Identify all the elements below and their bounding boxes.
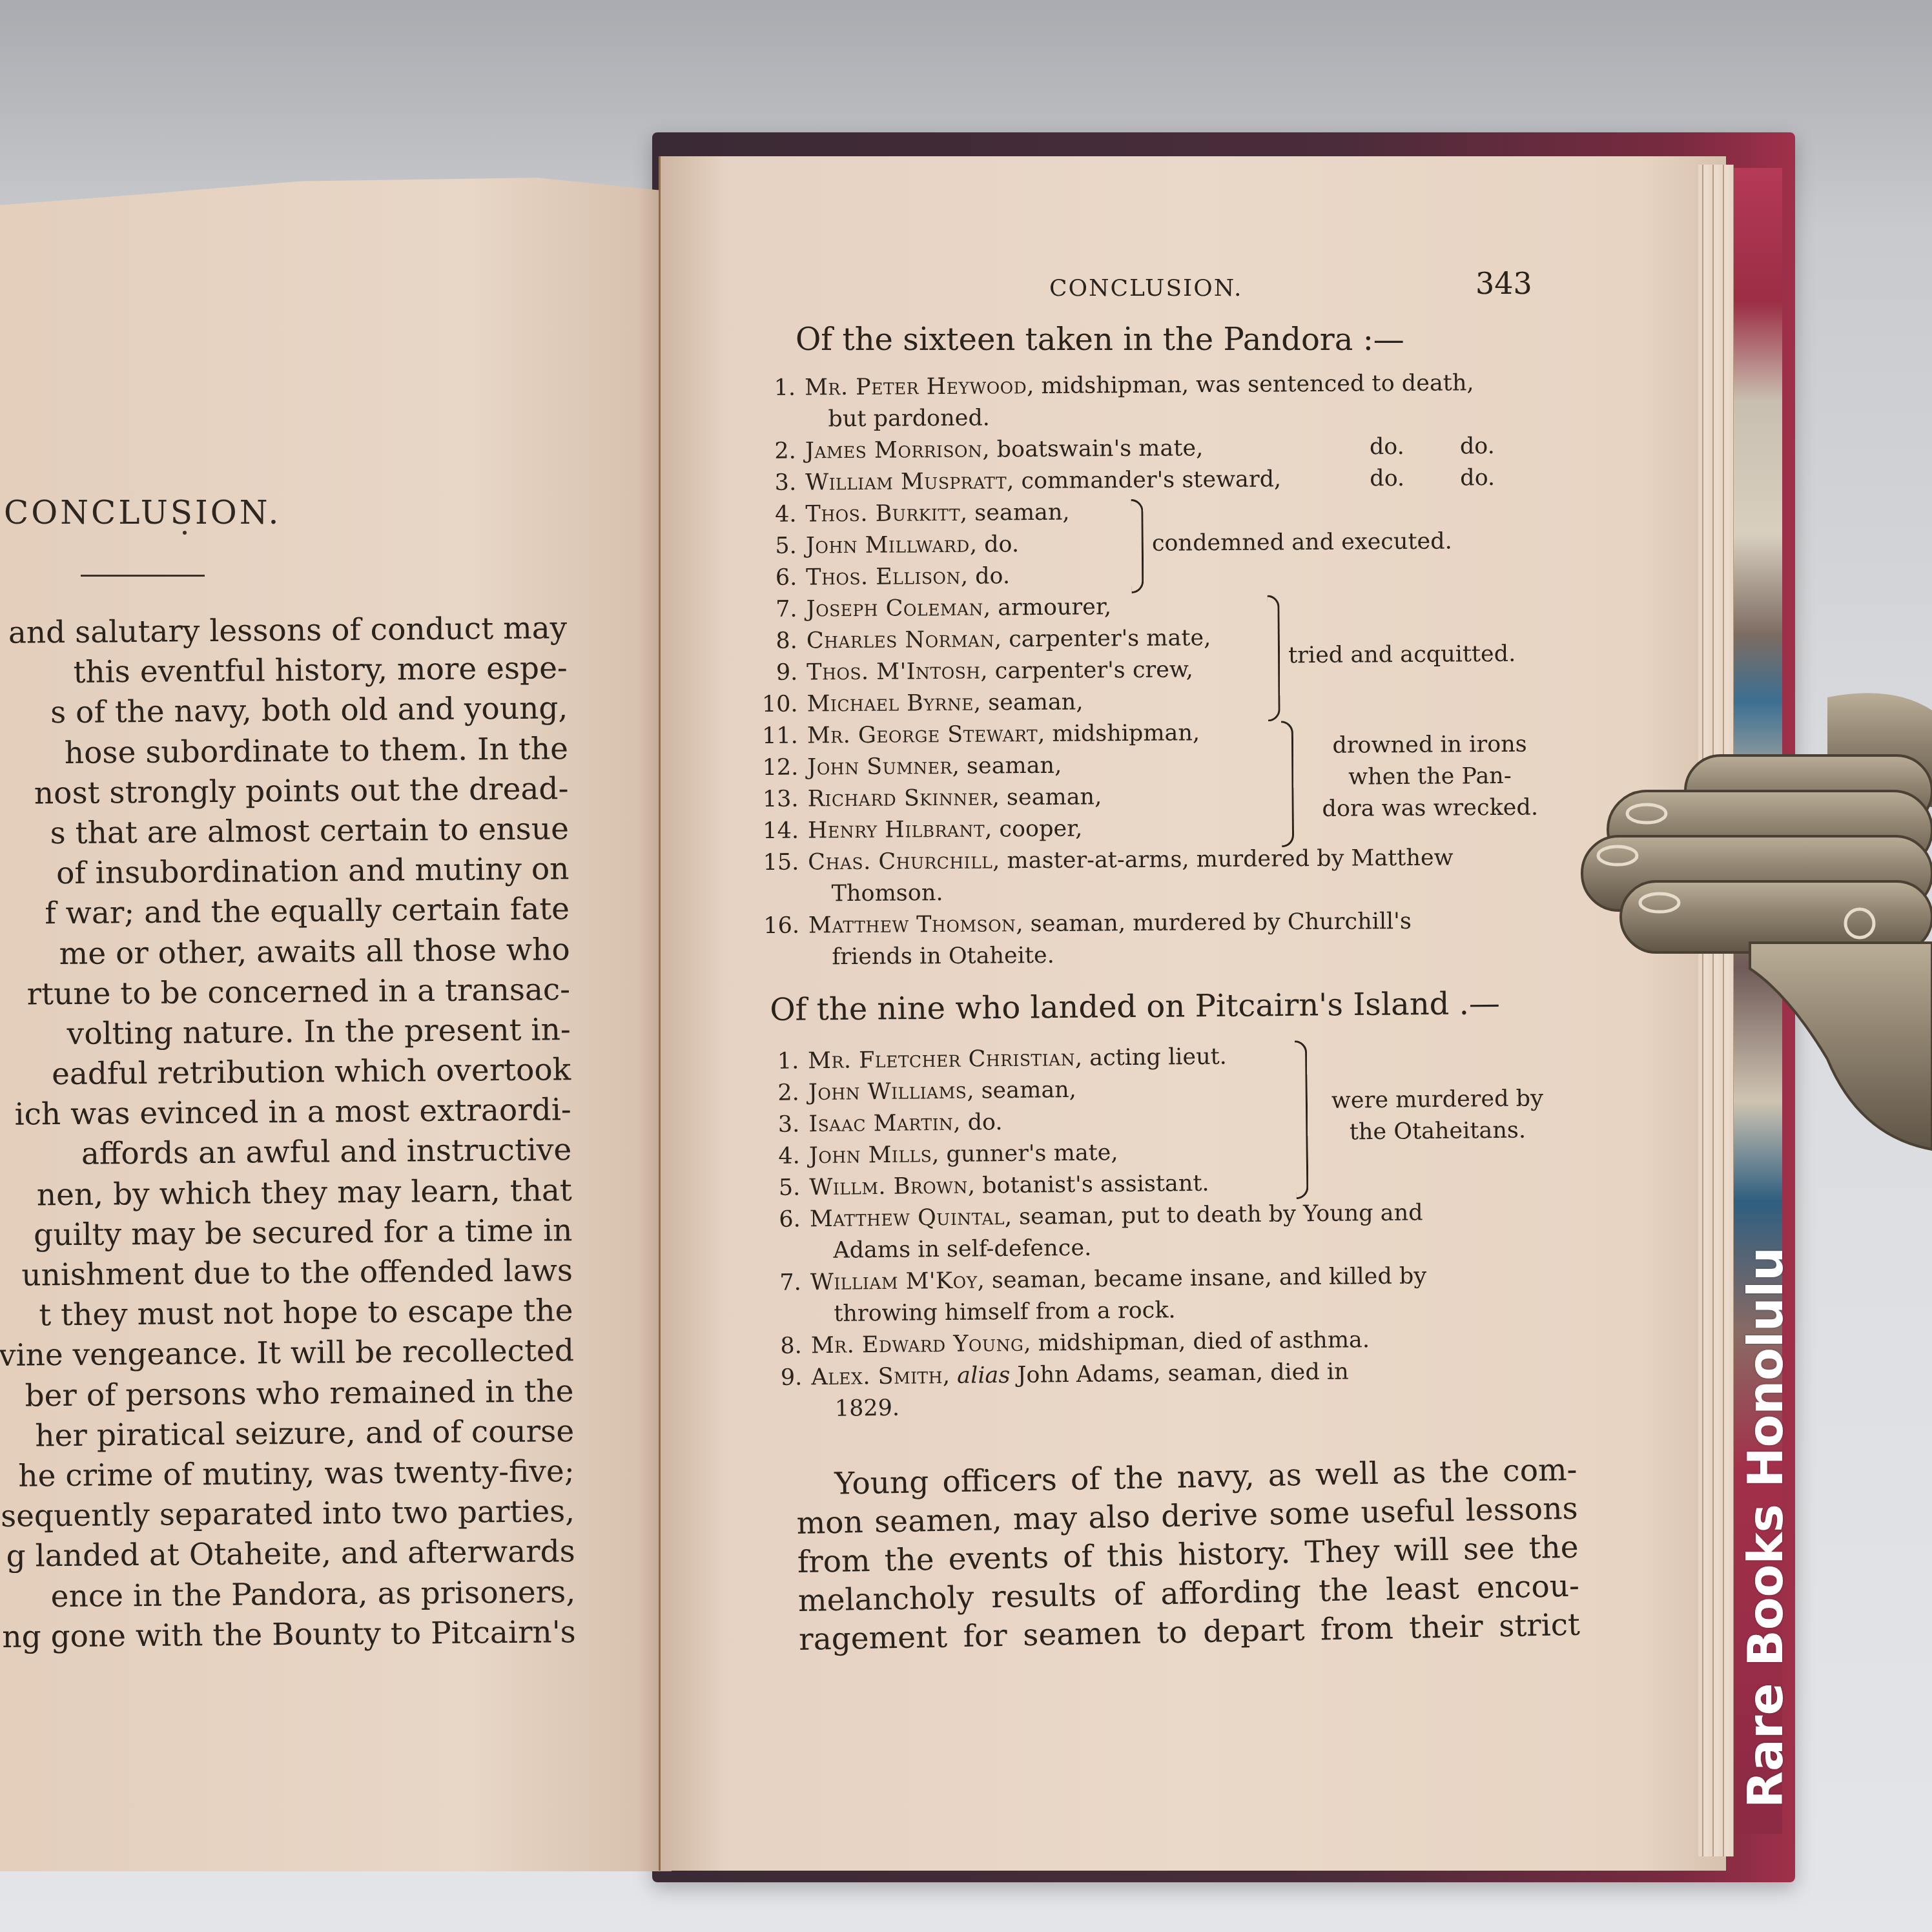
brace-icon	[1295, 1040, 1309, 1199]
text-line: vine vengeance. It will be recollected	[0, 1331, 573, 1377]
list-item: 16.Matthew Thomson, seaman, murdered by …	[759, 905, 1560, 942]
person-name: Chas. Churchill	[808, 848, 992, 875]
person-name: Charles Norman	[807, 626, 994, 653]
group-label-murdered: were murdered by the Otaheitans.	[1315, 1083, 1561, 1149]
text-line: her piratical seizure, and of course	[0, 1412, 574, 1457]
heading-rule	[81, 575, 205, 577]
pitcairn-list: 1.Mr. Fletcher Christian, acting lieut. …	[759, 1038, 1576, 1426]
text-line: nen, by which they may learn, that	[0, 1171, 572, 1216]
person-name: James Morrison	[805, 437, 983, 464]
text-line: ber of persons who remained in the	[0, 1372, 574, 1417]
person-name: Thos. M'Intosh	[807, 659, 981, 686]
list-item-continuation: Thomson.	[759, 873, 1559, 910]
text-line: t they must not hope to escape the	[0, 1291, 573, 1336]
text-line: g landed at Otaheite, and afterwards	[0, 1532, 575, 1577]
person-name: John Mills	[809, 1142, 932, 1169]
person-name: Willm. Brown	[809, 1173, 968, 1201]
text-line: ng gone with the Bounty to Pitcairn's	[1, 1612, 577, 1658]
text-line: nost strongly points out the dread-	[0, 769, 569, 814]
watermark: Rare Books Honolulu	[1738, 1247, 1794, 1808]
list-item: 3.William Muspratt, commander's steward,…	[756, 462, 1557, 499]
person-name: Thos. Burkitt	[805, 500, 960, 528]
text-line: and salutary lessons of conduct may	[0, 608, 568, 653]
text-line: guilty may be secured for a time in	[0, 1211, 573, 1256]
person-name: Matthew Quintal	[810, 1204, 1005, 1232]
person-name: Mr. Peter Heywood	[805, 373, 1027, 400]
group-label-executed: condemned and executed.	[1152, 526, 1452, 559]
person-name: William Muspratt	[805, 468, 1007, 495]
list-item: 7.Joseph Coleman, armourer,	[757, 588, 1557, 626]
text-line: eadful retribution which overtook	[0, 1050, 571, 1095]
text-line: sequently separated into two parties,	[0, 1492, 575, 1537]
brace-icon	[1267, 595, 1280, 721]
person-name: Thos. Ellison	[806, 564, 961, 591]
section-heading-pandora: Of the sixteen taken in the Pandora :—	[796, 322, 1404, 358]
list-item: 1.Mr. Peter Heywood, midshipman, was sen…	[755, 367, 1556, 404]
text-line: affords an awful and instructive	[0, 1131, 572, 1176]
person-name: William M'Koy	[810, 1268, 978, 1295]
text-line: f war; and the equally certain fate	[0, 890, 570, 935]
ornament-dot	[183, 531, 187, 535]
left-page-body: and salutary lessons of conduct may this…	[0, 608, 576, 1658]
left-page-heading: CONCLUSION.	[4, 494, 281, 531]
list-item-continuation: friends in Otaheite.	[759, 936, 1560, 974]
group-label-drowned: drowned in irons when the Pan- dora was …	[1300, 728, 1559, 825]
section-heading-pitcairn: Of the nine who landed on Pitcairn's Isl…	[770, 985, 1500, 1028]
list-item: 2.James Morrison, boatswain's mate, do. …	[756, 430, 1557, 468]
person-name: Mr. Edward Young	[811, 1331, 1024, 1359]
person-name: John Williams	[808, 1078, 967, 1106]
running-head: CONCLUSION.	[1049, 275, 1242, 302]
person-name: John Sumner	[807, 754, 952, 781]
person-name: Joseph Coleman	[806, 595, 983, 622]
person-name: Michael Byrne	[807, 690, 974, 717]
text-line: volting nature. In the present in-	[0, 1010, 571, 1055]
text-line: rtune to be concerned in a transac-	[0, 970, 570, 1015]
person-name: Alex. Smith	[811, 1363, 943, 1390]
brace-icon	[1281, 721, 1294, 847]
closing-paragraph: Young officers of the navy, as well as t…	[796, 1451, 1581, 1660]
list-item: 10.Michael Byrne, seaman,	[757, 683, 1558, 721]
text-line: hose subordinate to them. In the	[0, 729, 568, 774]
pandora-list: 1.Mr. Peter Heywood, midshipman, was sen…	[755, 367, 1560, 974]
brace-icon	[1131, 499, 1144, 593]
person-name: Richard Skinner	[807, 785, 992, 812]
text-line: s of the navy, both old and young,	[0, 689, 568, 734]
person-name: Mr. George Stewart	[807, 721, 1038, 748]
person-name: Henry Hilbrant	[808, 817, 985, 844]
list-item-continuation: but pardoned.	[755, 398, 1556, 436]
person-name: Isaac Martin	[808, 1110, 953, 1137]
text-line: unishment due to the offended laws	[0, 1251, 573, 1296]
text-line: me or other, awaits all those who	[0, 930, 570, 975]
person-name: John Millward	[806, 532, 970, 559]
text-line: he crime of mutiny, was twenty-five;	[0, 1452, 575, 1497]
text-line: s that are almost certain to ensue	[0, 809, 569, 854]
list-item: 6.Thos. Ellison, do.	[757, 557, 1557, 594]
text-line: ence in the Pandora, as prisoners,	[1, 1572, 576, 1618]
text-line: of insubordination and mutiny on	[0, 849, 570, 894]
text-line: ich was evinced in a most extraordi-	[0, 1090, 571, 1135]
person-name: Mr. Fletcher Christian	[808, 1045, 1075, 1074]
text-line: this eventful history, more espe-	[0, 648, 568, 694]
group-label-acquitted: tried and acquitted.	[1288, 639, 1516, 672]
person-name: Matthew Thomson	[808, 911, 1016, 938]
list-item: 4.Thos. Burkitt, seaman,	[756, 493, 1557, 531]
list-item: 15.Chas. Churchill, master-at-arms, murd…	[759, 841, 1559, 879]
page-number: 343	[1475, 266, 1532, 301]
brass-hand-bookmark-icon	[1556, 659, 1932, 1175]
